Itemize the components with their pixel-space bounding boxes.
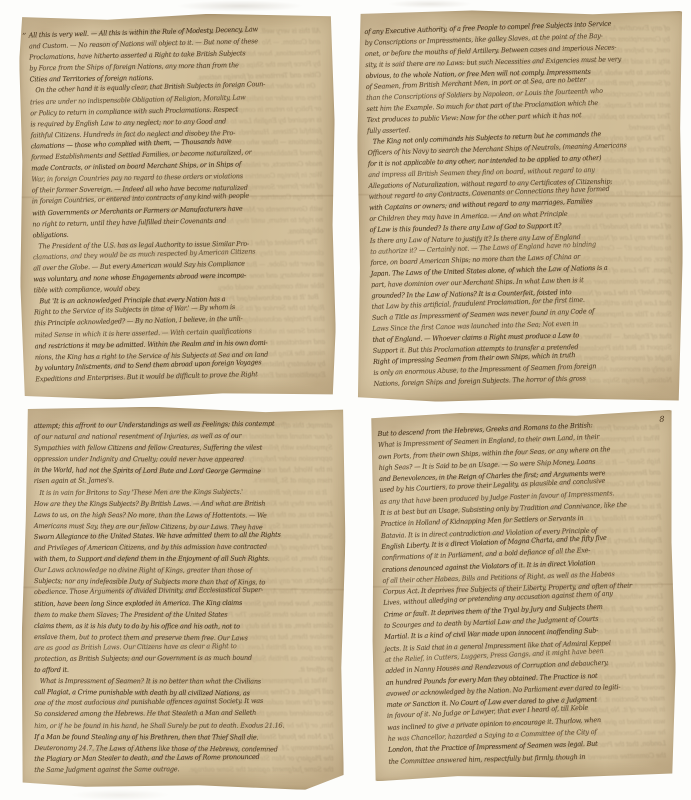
manuscript-line: Laws to us, on the high Seas? No more, t…	[34, 510, 324, 522]
manuscript-line: oppression under Indignity and Cruelty; …	[34, 454, 324, 466]
manuscript-line: It is in vain for Britons to Say 'These …	[34, 486, 324, 499]
margin-mark: ”	[22, 32, 26, 41]
manuscript-line: to afford it.	[34, 665, 324, 677]
manuscript-page-1: All this is very well. — All this is wit…	[19, 13, 336, 400]
manuscript-line: risen again at St. James's.	[34, 474, 324, 488]
manuscript-line: him, or if he be found in his hand, he S…	[34, 720, 324, 732]
handwritten-text: of any Executive Authority, of a free Pe…	[356, 9, 684, 403]
handwritten-text: All this is very well. — All this is wit…	[19, 13, 336, 400]
manuscript-line: them to make them Slaves; The President …	[34, 609, 324, 621]
manuscript-line: claims them, as it is his duty to do by …	[34, 621, 324, 633]
manuscript-line: So considered among the Hebrews. He that…	[34, 708, 324, 721]
manuscript-line: What is Impressment of Seamen? It is no …	[34, 676, 324, 688]
manuscript-line: and Privileges of American Citizens, and…	[34, 541, 324, 554]
manuscript-line: Our Laws acknowledge no divine Right of …	[34, 565, 324, 577]
handwritten-text: But to descend from the Hebrews, Greeks …	[369, 410, 676, 782]
manuscript-line: Sympathies with fellow Citizens and fell…	[34, 443, 324, 455]
manuscript-line: with them, to Support and defend them in…	[34, 554, 324, 566]
manuscript-line: If a Man be found Stealing any of his Br…	[34, 732, 324, 744]
manuscript-page-2: of any Executive Authority, of a free Pe…	[356, 9, 684, 403]
manuscript-line: How are they the Kings Subjects? By Brit…	[34, 498, 324, 510]
page-number-mark: 8	[659, 415, 664, 424]
manuscript-line: of our natural and national resentment o…	[34, 430, 324, 443]
manuscript-line: stition, have been long Since exploded i…	[34, 597, 324, 610]
manuscript-page-3: attempt; this affront to our Understandi…	[21, 406, 347, 790]
manuscript-page-4: But to descend from the Hebrews, Greeks …	[369, 410, 676, 782]
manuscript-line: obedience. Those Arguments of divided Di…	[34, 585, 324, 599]
manuscript-line: the Same Judgment against the Same outra…	[34, 763, 324, 776]
manuscript-line: protection, as British Subjects; and our…	[34, 652, 324, 665]
manuscript-scan: { "manuscript": { "colors": { "backgroun…	[0, 0, 691, 800]
handwritten-text: attempt; this affront to our Understandi…	[22, 406, 346, 789]
